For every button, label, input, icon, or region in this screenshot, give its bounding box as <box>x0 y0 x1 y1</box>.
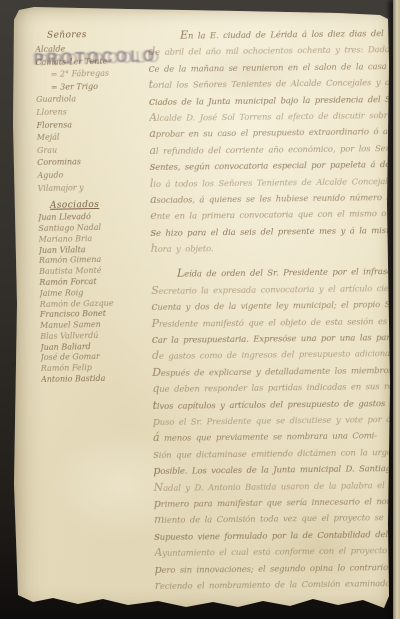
adjacent-page-edge <box>393 0 400 619</box>
manuscript-line: hora y objeto. <box>151 238 400 257</box>
paragraph-session: Leída de orden del Sr. Presidente por el… <box>151 263 400 594</box>
associate-name: Antonio Bastida <box>41 373 157 386</box>
margin-column: Señores AlcaldeCamats 1er Tente= 2° Fábr… <box>35 29 157 386</box>
margin-heading-senores: Señores <box>35 29 151 41</box>
officials-list: AlcaldeCamats 1er Tente= 2° Fábregas= 3e… <box>35 42 154 195</box>
body-text: En la E. ciudad de Lérida á los diez dia… <box>148 25 400 594</box>
scan-background: PROTOCOLO Señores AlcaldeCamats 1er Tent… <box>0 0 400 619</box>
margin-heading-asociados: Asociados <box>38 199 154 211</box>
manuscript-line: reciendo el nombramiento de la Comisión … <box>155 575 400 594</box>
official-name: Vilamajor y <box>38 181 154 196</box>
paragraph-opening: En la E. ciudad de Lérida á los diez dia… <box>148 25 400 258</box>
manuscript-page: PROTOCOLO Señores AlcaldeCamats 1er Tent… <box>8 4 392 617</box>
associates-list: Juan LlevadóSantiago NadalMariano BriaJu… <box>38 211 157 386</box>
